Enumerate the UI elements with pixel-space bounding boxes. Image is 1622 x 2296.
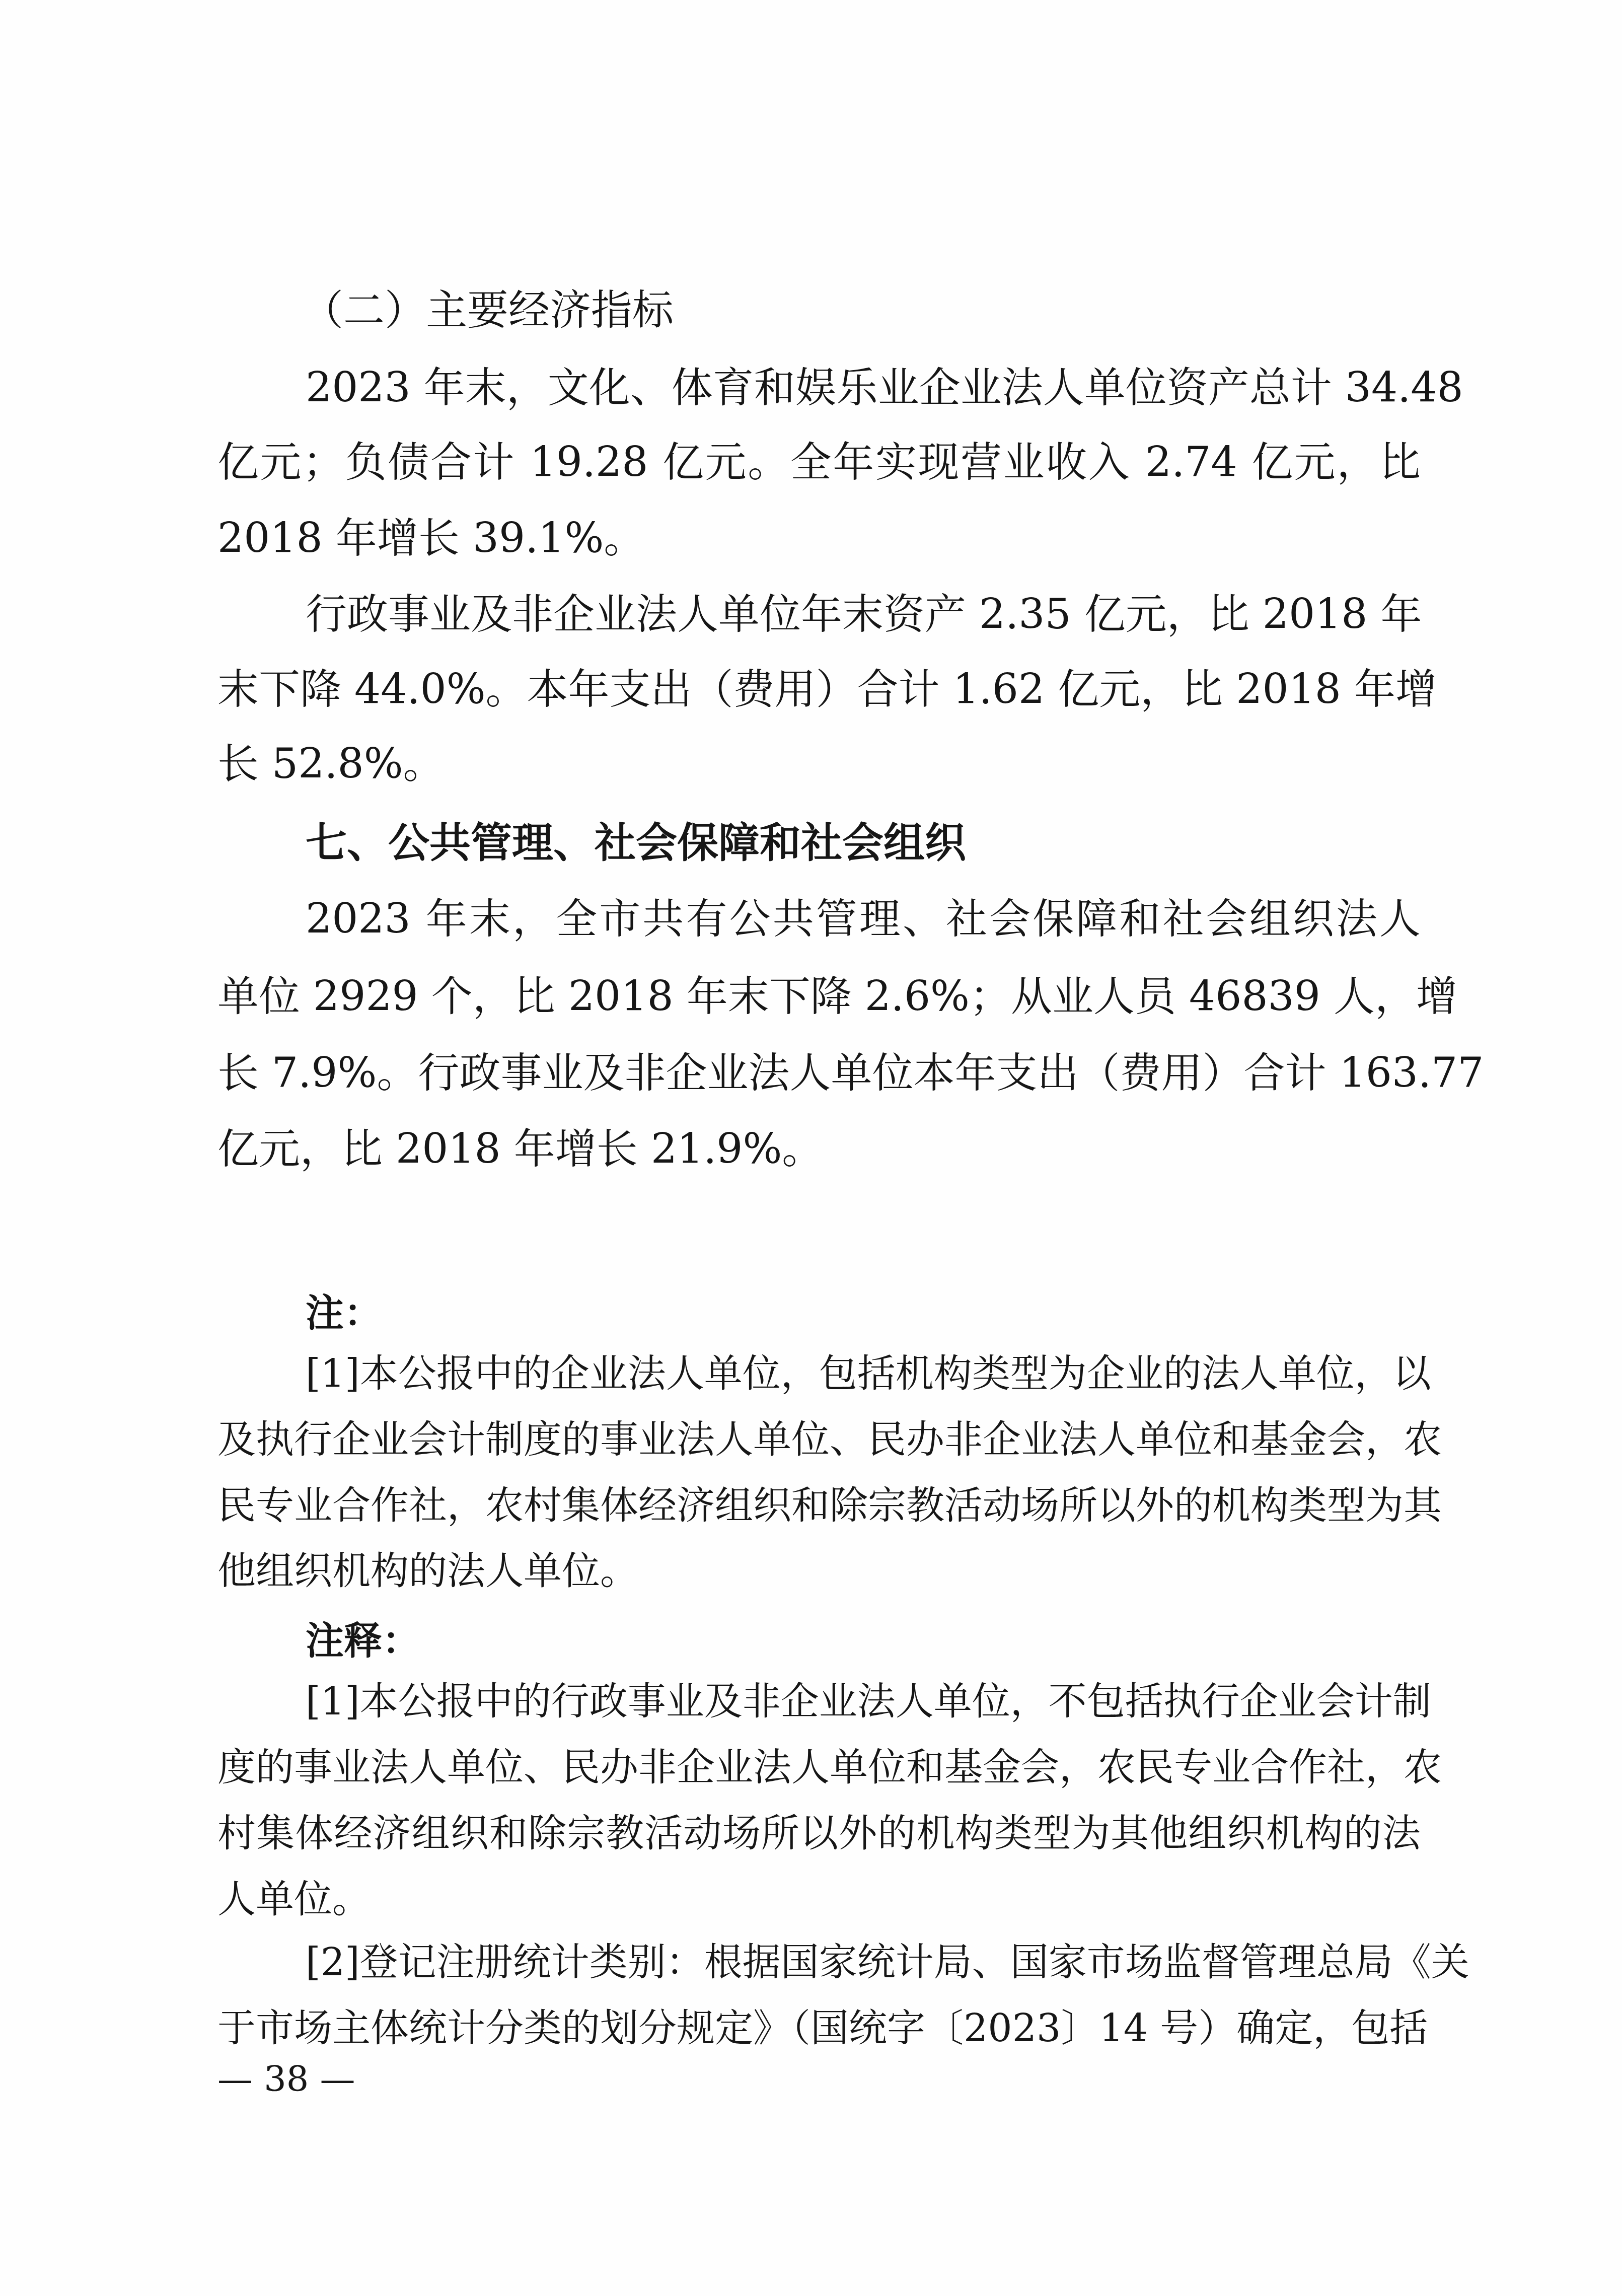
annotation-label: 注释： xyxy=(306,1610,420,1665)
paragraph-line: 长 52.8%。 xyxy=(217,737,1421,792)
paragraph-line: 单位 2929 个，比 2018 年末下降 2.6%；从业人员 46839 人，… xyxy=(217,969,1421,1025)
paragraph-line: 亿元，比 2018 年增长 21.9%。 xyxy=(217,1122,1421,1177)
paragraph-line: 2023 年末，文化、体育和娱乐业企业法人单位资产总计 34.48 xyxy=(306,361,1421,416)
paragraph-line: 亿元；负债合计 19.28 亿元。全年实现营业收入 2.74 亿元，比 xyxy=(217,435,1421,490)
annotation-line: [1]本公报中的行政事业及非企业法人单位，不包括执行企业会计制 xyxy=(306,1676,1421,1727)
paragraph-line: 2023 年末，全市共有公共管理、社会保障和社会组织法人 xyxy=(306,892,1421,947)
annotation-line: 于市场主体统计分类的划分规定》（国统字〔2023〕14 号）确定，包括 xyxy=(217,2003,1421,2053)
document-page: （二）主要经济指标 2023 年末，文化、体育和娱乐业企业法人单位资产总计 34… xyxy=(0,0,1622,2296)
note-line: 及执行企业会计制度的事业法人单位、民办非企业法人单位和基金会，农 xyxy=(217,1414,1421,1465)
paragraph-line: 2018 年增长 39.1%。 xyxy=(217,511,1421,566)
note-line: [1]本公报中的企业法人单位，包括机构类型为企业的法人单位，以 xyxy=(306,1348,1421,1399)
annotation-line: [2]登记注册统计类别：根据国家统计局、国家市场监督管理总局《关 xyxy=(306,1937,1421,1987)
paragraph-line: 行政事业及非企业法人单位年末资产 2.35 亿元，比 2018 年 xyxy=(306,587,1421,642)
note-line: 民专业合作社，农村集体经济组织和除宗教活动场所以外的机构类型为其 xyxy=(217,1480,1421,1531)
annotation-line: 人单位。 xyxy=(217,1874,1421,1924)
chapter-heading: 七、公共管理、社会保障和社会组织 xyxy=(306,816,966,871)
note-label: 注： xyxy=(306,1282,382,1337)
annotation-line: 度的事业法人单位、民办非企业法人单位和基金会，农民专业合作社，农 xyxy=(217,1742,1421,1792)
annotation-line: 村集体经济组织和除宗教活动场所以外的机构类型为其他组织机构的法 xyxy=(217,1808,1421,1858)
paragraph-line: 长 7.9%。行政事业及非企业法人单位本年支出（费用）合计 163.77 xyxy=(217,1046,1421,1101)
note-line: 他组织机构的法人单位。 xyxy=(217,1546,1421,1596)
section-heading: （二）主要经济指标 xyxy=(302,283,674,338)
paragraph-line: 末下降 44.0%。本年支出（费用）合计 1.62 亿元，比 2018 年增 xyxy=(217,662,1421,717)
page-number: — 38 — xyxy=(217,2058,355,2100)
